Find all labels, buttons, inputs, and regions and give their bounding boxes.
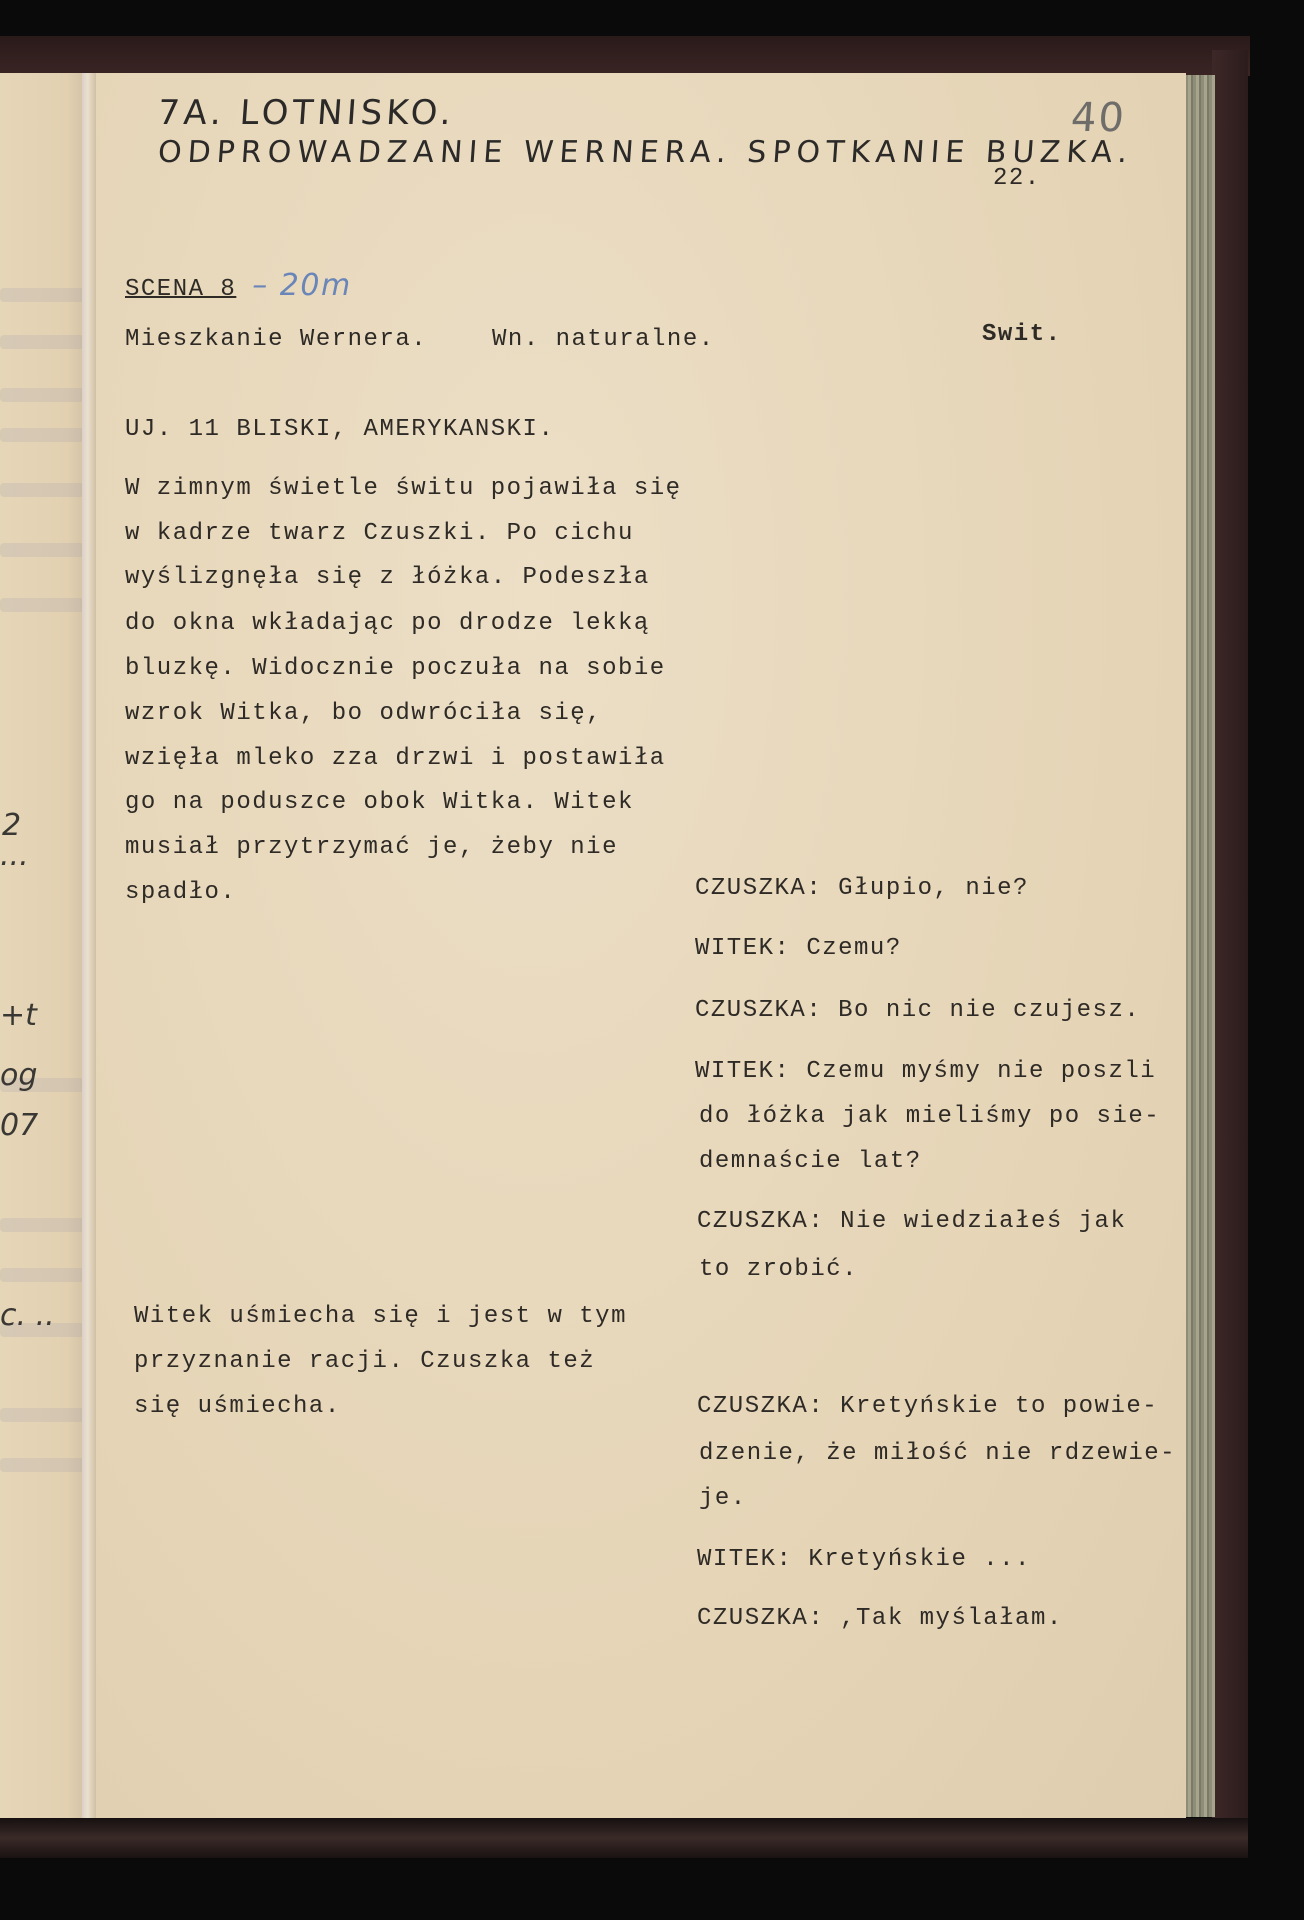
scene-time-of-day: Swit.: [982, 321, 1062, 348]
action-line: Witek uśmiecha się i jest w tym: [134, 1303, 627, 1330]
action-line: wzrok Witka, bo odwróciła się,: [125, 700, 602, 727]
scene-setting: Wn. naturalne.: [492, 326, 715, 353]
shot-description: UJ. 11 BLISKI, AMERYKANSKI.: [125, 416, 554, 443]
action-line: wzięła mleko zza drzwi i postawiła: [125, 745, 666, 772]
dialogue-line: WITEK: Czemu?: [695, 935, 902, 962]
book-cover-right: [1212, 50, 1248, 1820]
dialogue-line: CZUSZKA: ,Tak myślałam.: [697, 1605, 1063, 1632]
margin-note: og: [0, 1058, 37, 1093]
dialogue-line: WITEK: Czemu myśmy nie poszli: [695, 1058, 1156, 1085]
margin-note: ...: [0, 838, 29, 873]
pencil-page-number: 40: [1069, 95, 1127, 141]
action-line: wyślizgnęła się z łóżka. Podeszła: [125, 564, 650, 591]
dialogue-line: CZUSZKA: Kretyńskie to powie-: [697, 1393, 1158, 1420]
scene-heading: SCENA 8: [125, 276, 236, 303]
dialogue-line: WITEK: Kretyńskie ...: [697, 1546, 1031, 1573]
action-line: do okna wkładając po drodze lekką: [125, 610, 650, 637]
dialogue-line: dzenie, że miłość nie rdzewie-: [699, 1440, 1176, 1467]
book-cover-bottom: [0, 1818, 1248, 1858]
dialogue-line: je.: [699, 1485, 747, 1512]
scene-location: Mieszkanie Wernera.: [125, 326, 427, 353]
previous-page-edge: 2 ... +t og 07 c. ..: [0, 73, 84, 1818]
dialogue-line: CZUSZKA: Nie wiedziałeś jak: [697, 1208, 1126, 1235]
margin-note: +t: [0, 998, 37, 1033]
margin-note: 07: [0, 1108, 38, 1143]
action-line: w kadrze twarz Czuszki. Po cichu: [125, 520, 634, 547]
dialogue-line: do łóżka jak mieliśmy po sie-: [699, 1103, 1160, 1130]
action-line: musiał przytrzymać je, żeby nie: [125, 834, 618, 861]
typed-page-number: 22.: [993, 165, 1041, 192]
dialogue-line: CZUSZKA: Bo nic nie czujesz.: [695, 997, 1140, 1024]
dialogue-line: to zrobić.: [699, 1256, 858, 1283]
action-line: przyznanie racji. Czuszka też: [134, 1348, 595, 1375]
book-gutter: [82, 73, 96, 1818]
action-line: W zimnym świetle świtu pojawiła się: [125, 475, 682, 502]
dialogue-line: CZUSZKA: Głupio, nie?: [695, 875, 1029, 902]
handwritten-scene-title: 7A. LOTNISKO.: [157, 93, 457, 133]
action-line: spadło.: [125, 879, 236, 906]
action-line: bluzkę. Widocznie poczuła na sobie: [125, 655, 666, 682]
dialogue-line: demnaście lat?: [699, 1148, 922, 1175]
scene-heading-block: SCENA 8 – 20m: [125, 268, 352, 303]
margin-note: c. ..: [0, 1298, 55, 1333]
action-line: się uśmiecha.: [134, 1393, 341, 1420]
handwritten-scene-description: ODPROWADZANIE WERNERA. SPOTKANIE BUZKA.: [157, 135, 1135, 170]
script-page: 7A. LOTNISKO. ODPROWADZANIE WERNERA. SPO…: [96, 73, 1186, 1818]
page-edges: [1185, 75, 1215, 1817]
book-cover-top: [0, 36, 1250, 76]
action-line: go na poduszce obok Witka. Witek: [125, 789, 634, 816]
duration-note: – 20m: [252, 268, 351, 303]
